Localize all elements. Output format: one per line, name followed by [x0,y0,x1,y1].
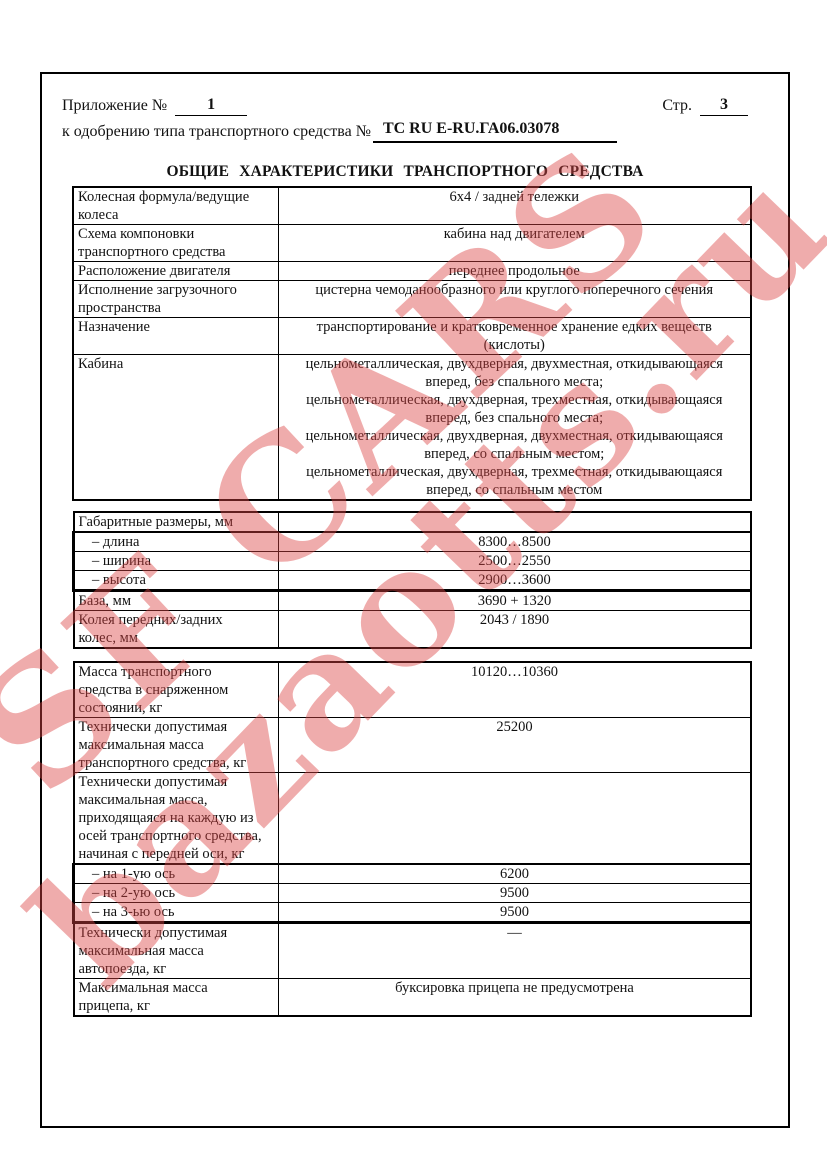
table-row: Технически допустимая максимальная масса… [74,923,752,979]
row-value: 2043 / 1890 [279,611,752,649]
row-label: – длина [74,532,279,552]
row-value: 3690 + 1320 [279,591,752,611]
page-border: Приложение № 1 Стр. 3 к одобрению типа т… [40,72,790,1128]
appendix-number: 1 [175,94,247,116]
row-label: – высота [74,571,279,591]
header-row-2: к одобрению типа транспортного средства … [62,118,748,143]
document-title: ОБЩИЕ ХАРАКТЕРИСТИКИ ТРАНСПОРТНОГО СРЕДС… [62,162,748,181]
page-number: 3 [700,94,748,116]
row-value: кабина над двигателем [278,225,751,262]
table-row: Технически допустимая максимальная масса… [74,773,752,865]
row-value [279,512,752,532]
table-row: Технически допустимая максимальная масса… [74,718,752,773]
general-characteristics-table: Колесная формула/ведущие колеса6х4 / зад… [72,186,752,501]
row-label: Схема компоновки транспортного средства [73,225,278,262]
table-row: Схема компоновки транспортного средствак… [73,225,751,262]
table-row: Габаритные размеры, мм [74,512,752,532]
row-value: буксировка прицепа не предусмотрена [279,979,752,1017]
table-row: – на 3-ью ось9500 [74,903,752,923]
table-row: – ширина2500…2550 [74,552,752,571]
table-row: – на 2-ую ось9500 [74,884,752,903]
row-label: Габаритные размеры, мм [74,512,279,532]
row-label: Назначение [73,318,278,355]
row-label: Колея передних/задних колес, мм [74,611,279,649]
row-label: Расположение двигателя [73,262,278,281]
row-label: – на 2-ую ось [74,884,279,903]
table-row: – длина8300…8500 [74,532,752,552]
page-number-label: Стр. [662,95,692,116]
table-row: Назначениетранспортирование и кратковрем… [73,318,751,355]
table-row: – высота2900…3600 [74,571,752,591]
row-value: 9500 [279,903,752,923]
page-number-group: Стр. 3 [662,94,748,116]
table-row: – на 1-ую ось6200 [74,864,752,884]
appendix-label: Приложение № [62,95,167,116]
table-row: Исполнение загрузочного пространствацист… [73,281,751,318]
header-row-1: Приложение № 1 Стр. 3 [62,94,748,116]
row-value: цельнометаллическая, двухдверная, двухме… [278,355,751,501]
row-value: 8300…8500 [279,532,752,552]
row-label: – ширина [74,552,279,571]
row-value: переднее продольное [278,262,751,281]
row-label: Технически допустимая максимальная масса… [74,923,279,979]
row-label: Исполнение загрузочного пространства [73,281,278,318]
row-label: Масса транспортного средства в снаряженн… [74,662,279,718]
row-label: Максимальная масса прицепа, кг [74,979,279,1017]
dimensions-table: Габаритные размеры, мм– длина8300…8500– … [72,511,752,649]
document-page: Приложение № 1 Стр. 3 к одобрению типа т… [0,0,827,1170]
row-label: – на 3-ью ось [74,903,279,923]
row-value: цистерна чемоданообразного или круглого … [278,281,751,318]
table-row: Колесная формула/ведущие колеса6х4 / зад… [73,187,751,225]
table-row: Колея передних/задних колес, мм2043 / 18… [74,611,752,649]
table-row: Кабинацельнометаллическая, двухдверная, … [73,355,751,501]
row-value: 9500 [279,884,752,903]
masses-table: Масса транспортного средства в снаряженн… [72,661,752,1017]
row-label: Технически допустимая максимальная масса… [74,718,279,773]
row-value: — [279,923,752,979]
table-row: База, мм3690 + 1320 [74,591,752,611]
table-row: Максимальная масса прицепа, кгбуксировка… [74,979,752,1017]
row-label: Колесная формула/ведущие колеса [73,187,278,225]
row-label: База, мм [74,591,279,611]
appendix-group: Приложение № 1 [62,94,247,116]
table-row: Масса транспортного средства в снаряженн… [74,662,752,718]
table-row: Расположение двигателяпереднее продольно… [73,262,751,281]
row-value: транспортирование и кратковременное хран… [278,318,751,355]
row-value: 10120…10360 [279,662,752,718]
row-value: 6х4 / задней тележки [278,187,751,225]
row-value: 2500…2550 [279,552,752,571]
approval-label: к одобрению типа транспортного средства … [62,121,371,143]
row-label: Кабина [73,355,278,501]
row-value: 2900…3600 [279,571,752,591]
row-value: 6200 [279,864,752,884]
row-label: – на 1-ую ось [74,864,279,884]
row-label: Технически допустимая максимальная масса… [74,773,279,865]
row-value: 25200 [279,718,752,773]
approval-number: ТС RU E-RU.ГА06.03078 [373,118,617,143]
row-value [279,773,752,865]
